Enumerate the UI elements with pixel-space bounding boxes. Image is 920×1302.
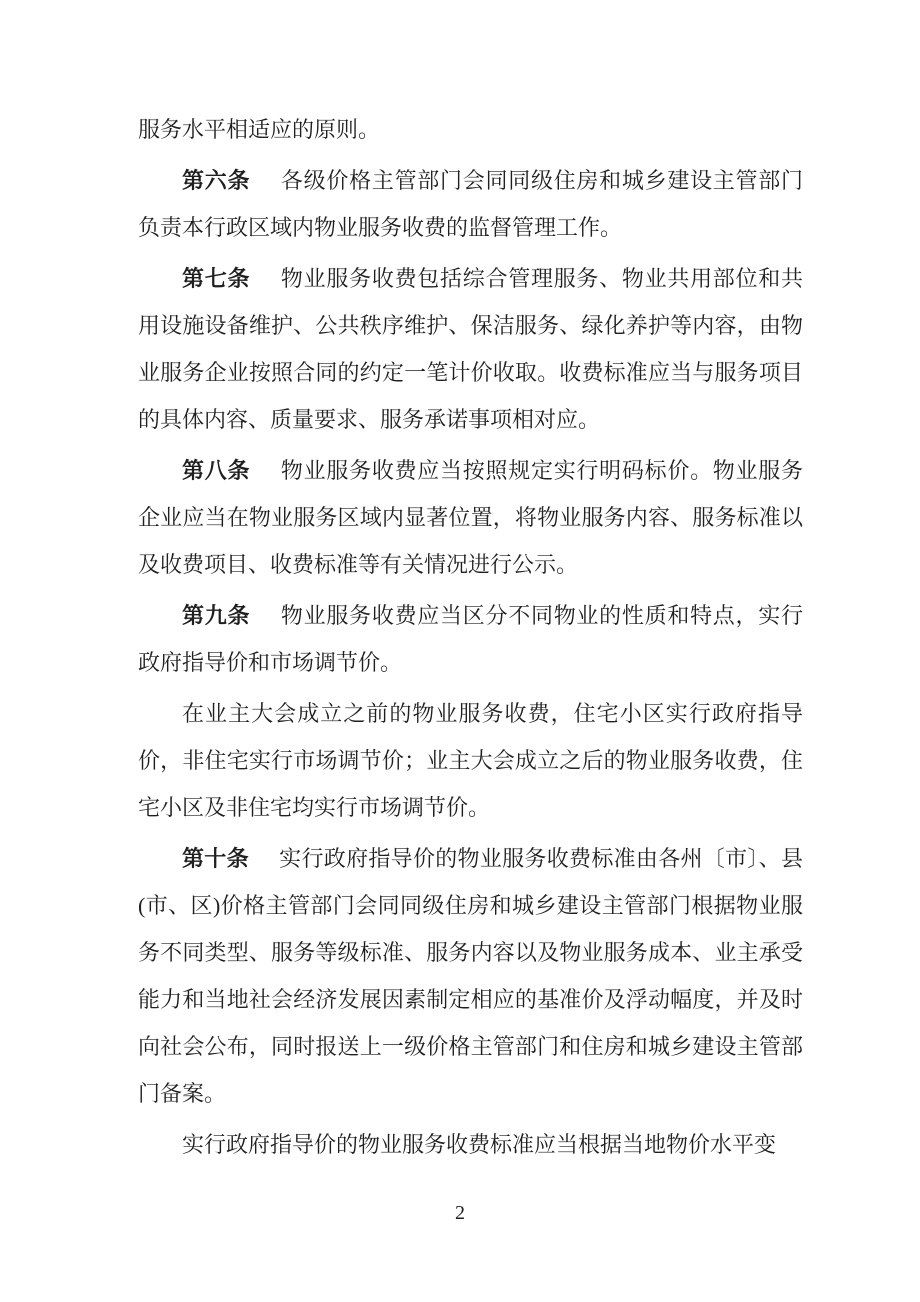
paragraph-text: 实行政府指导价的物业服务收费标准由各州〔市〕、县(市、区)价格主管部门会同同级住…: [138, 846, 803, 1106]
clause-gap: [250, 187, 280, 188]
paragraph-article-9-cont: 在业主大会成立之前的物业服务收费，住宅小区实行政府指导价，非住宅实行市场调节价；…: [138, 690, 803, 831]
page-footer: 2: [0, 1200, 920, 1226]
article-10-label: 第十条: [182, 846, 249, 871]
paragraph-article-10-cont: 实行政府指导价的物业服务收费标准应当根据当地物价水平变: [138, 1121, 803, 1168]
article-9-label: 第九条: [182, 603, 250, 628]
paragraph-article-6: 第六条各级价格主管部门会同同级住房和城乡建设主管部门负责本行政区域内物业服务收费…: [138, 157, 803, 251]
article-8-label: 第八条: [182, 458, 250, 483]
clause-gap: [250, 477, 280, 478]
article-7-label: 第七条: [182, 266, 250, 291]
paragraph-text: 服务水平相适应的原则。: [138, 117, 380, 142]
clause-gap: [250, 285, 280, 286]
page-number: 2: [455, 1202, 465, 1224]
clause-gap: [250, 622, 280, 623]
document-page: 服务水平相适应的原则。 第六条各级价格主管部门会同同级住房和城乡建设主管部门负责…: [0, 0, 920, 1302]
paragraph-continuation: 服务水平相适应的原则。: [138, 106, 803, 153]
paragraph-article-9: 第九条物业服务收费应当区分不同物业的性质和特点，实行政府指导价和市场调节价。: [138, 592, 803, 686]
article-6-label: 第六条: [182, 168, 250, 193]
document-body: 服务水平相适应的原则。 第六条各级价格主管部门会同同级住房和城乡建设主管部门负责…: [138, 106, 803, 1172]
paragraph-article-8: 第八条物业服务收费应当按照规定实行明码标价。物业服务企业应当在物业服务区域内显著…: [138, 447, 803, 588]
paragraph-text: 实行政府指导价的物业服务收费标准应当根据当地物价水平变: [182, 1132, 776, 1157]
paragraph-text: 在业主大会成立之前的物业服务收费，住宅小区实行政府指导价，非住宅实行市场调节价；…: [138, 701, 803, 820]
paragraph-article-10: 第十条实行政府指导价的物业服务收费标准由各州〔市〕、县(市、区)价格主管部门会同…: [138, 835, 803, 1117]
clause-gap: [249, 865, 279, 866]
paragraph-article-7: 第七条物业服务收费包括综合管理服务、物业共用部位和共用设施设备维护、公共秩序维护…: [138, 255, 803, 443]
